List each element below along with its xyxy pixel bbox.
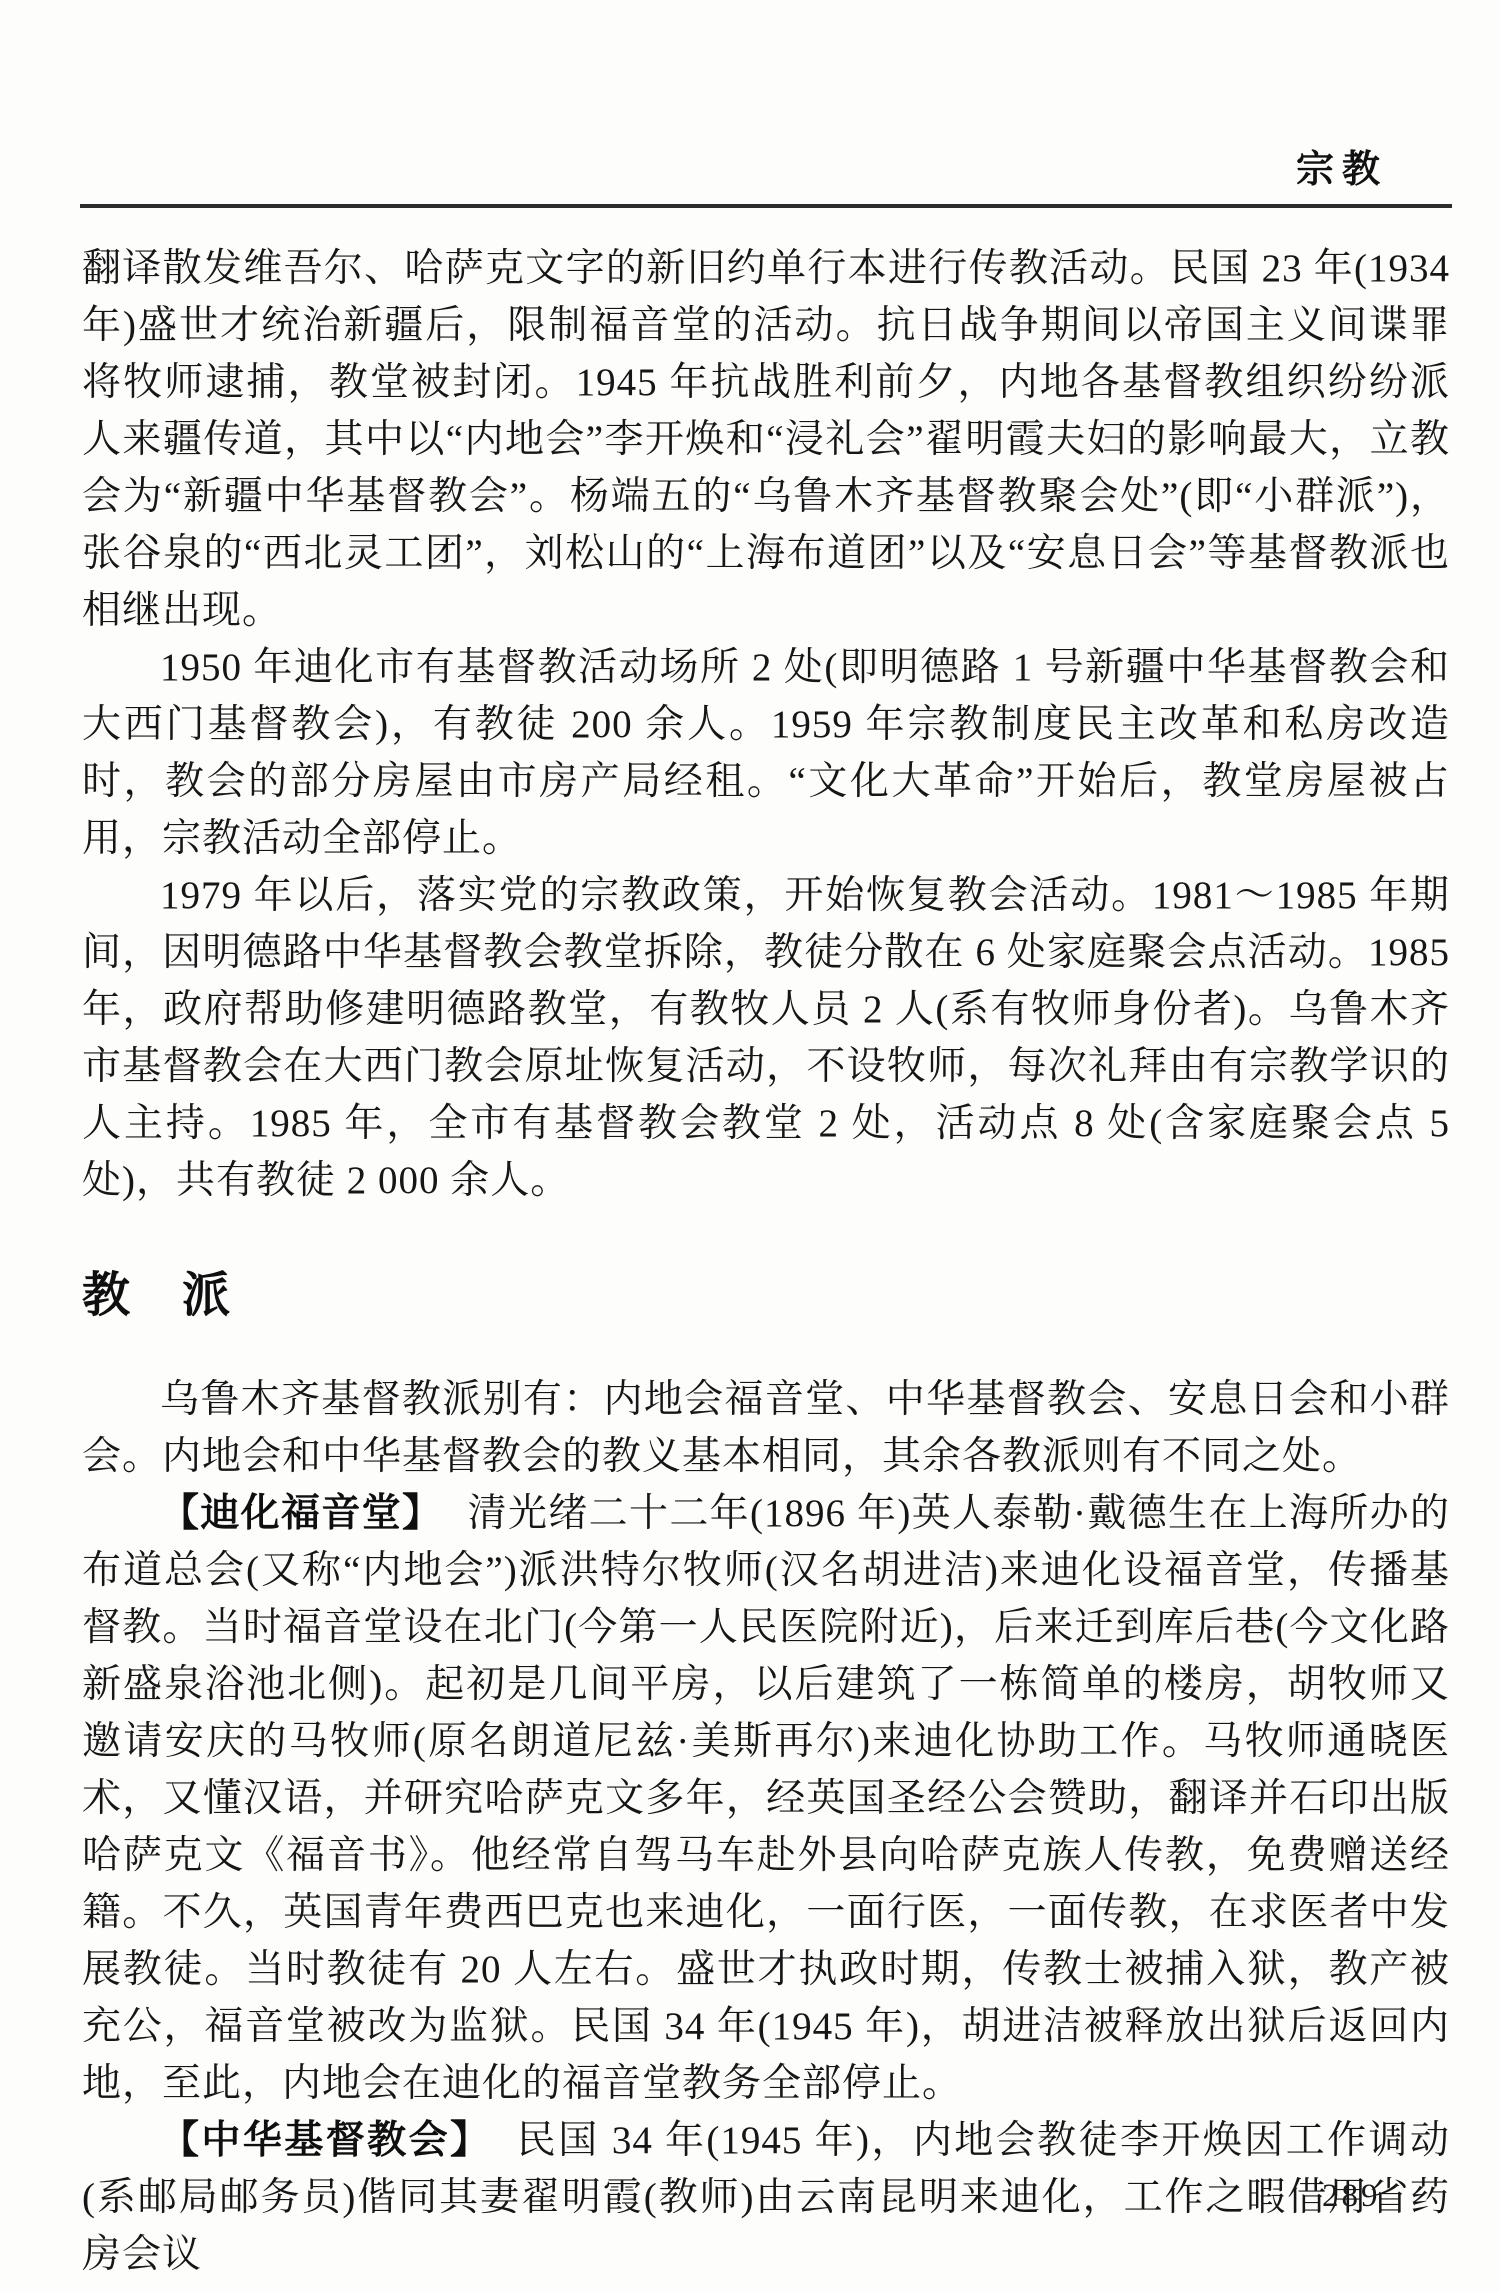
paragraph: 1950 年迪化市有基督教活动场所 2 处(即明德路 1 号新疆中华基督教会和大…: [82, 639, 1450, 867]
page-content: 翻译散发维吾尔、哈萨克文字的新旧约单行本进行传教活动。民国 23 年(1934 …: [82, 240, 1450, 2283]
paragraph-continuation: 翻译散发维吾尔、哈萨克文字的新旧约单行本进行传教活动。民国 23 年(1934 …: [82, 240, 1450, 639]
page-header-title: 宗教: [1296, 146, 1388, 194]
entry-term: 【中华基督教会】: [160, 2119, 491, 2162]
page-number: 289: [1322, 2178, 1381, 2215]
section-heading: 教 派: [82, 1265, 1450, 1327]
paragraph: 乌鲁木齐基督教派别有：内地会福音堂、中华基督教会、安息日会和小群会。内地会和中华…: [82, 1371, 1450, 1485]
document-page: 宗教 翻译散发维吾尔、哈萨克文字的新旧约单行本进行传教活动。民国 23 年(19…: [0, 0, 1500, 2292]
header-rule: [80, 204, 1452, 208]
entry-paragraph: 【中华基督教会】民国 34 年(1945 年)，内地会教徒李开焕因工作调动(系邮…: [82, 2112, 1450, 2283]
paragraph: 1979 年以后，落实党的宗教政策，开始恢复教会活动。1981～1985 年期间…: [82, 867, 1450, 1209]
entry-text: 清光绪二十二年(1896 年)英人泰勒·戴德生在上海所办的布道总会(又称“内地会…: [82, 1492, 1450, 2105]
running-header: 宗教: [82, 146, 1450, 202]
entry-term: 【迪化福音堂】: [160, 1492, 442, 1535]
entry-paragraph: 【迪化福音堂】清光绪二十二年(1896 年)英人泰勒·戴德生在上海所办的布道总会…: [82, 1485, 1450, 2112]
